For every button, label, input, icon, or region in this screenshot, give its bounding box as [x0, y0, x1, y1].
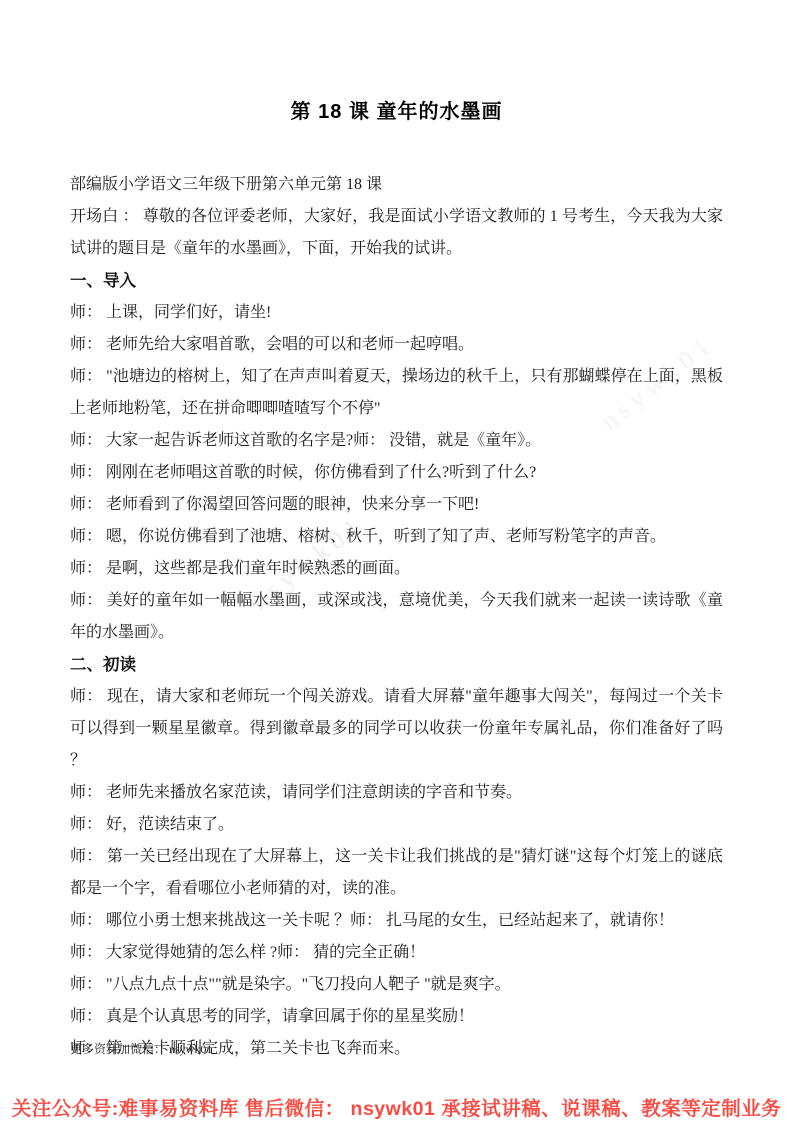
- paragraph: 师： 刚刚在老师唱这首歌的时候，你仿佛看到了什么?听到了什么?: [70, 457, 723, 489]
- paragraph: 师： 第一关已经出现在了大屏幕上，这一关卡让我们挑战的是"猜灯谜"这每个灯笼上的…: [70, 841, 723, 905]
- wechat-note: 更多资料加微信： nsywk01: [70, 1040, 212, 1057]
- paragraph: 师： 是啊，这些都是我们童年时候熟悉的画面。: [70, 553, 723, 585]
- page-title: 第 18 课 童年的水墨画: [0, 95, 793, 124]
- document-page: nsywk01 nsywk01 第 18 课 童年的水墨画 部编版小学语文三年级…: [0, 0, 793, 1122]
- paragraph: 师： 上课，同学们好，请坐!: [70, 297, 723, 329]
- paragraph: 师： 哪位小勇士想来挑战这一关卡呢 ？师： 扎马尾的女生，已经站起来了，就请你！: [70, 905, 723, 937]
- paragraph: 师： 老师先给大家唱首歌，会唱的可以和老师一起哼唱。: [70, 329, 723, 361]
- paragraph: 师： "池塘边的榕树上，知了在声声叫着夏天，操场边的秋千上，只有那蝴蝶停在上面，…: [70, 361, 723, 425]
- section-heading-first-read: 二、初读: [70, 649, 723, 681]
- meta-line: 部编版小学语文三年级下册第六单元第 18 课: [70, 169, 723, 201]
- paragraph: 师： 老师看到了你渴望回答问题的眼神，快来分享一下吧!: [70, 489, 723, 521]
- paragraph: 师： 大家觉得她猜的怎么样 ?师： 猜的完全正确！: [70, 937, 723, 969]
- paragraph: 师： 大家一起告诉老师这首歌的名字是?师： 没错，就是《童年》。: [70, 425, 723, 457]
- opening-paragraph: 开场白 ： 尊敬的各位评委老师，大家好，我是面试小学语文教师的 1 号考生，今天…: [70, 201, 723, 265]
- paragraph: 师： 现在，请大家和老师玩一个闯关游戏。请看大屏幕"童年趣事大闯关"，每闯过一个…: [70, 681, 723, 777]
- paragraph: 师： 老师先来播放名家范读，请同学们注意朗读的字音和节奏。: [70, 777, 723, 809]
- paragraph: 师： 嗯，你说仿佛看到了池塘、榕树、秋千，听到了知了声、老师写粉笔字的声音。: [70, 521, 723, 553]
- section-heading-intro: 一、导入: [70, 265, 723, 297]
- paragraph: 师： 美好的童年如一幅幅水墨画，或深或浅，意境优美，今天我们就来一起读一读诗歌《…: [70, 585, 723, 649]
- document-body: 部编版小学语文三年级下册第六单元第 18 课 开场白 ： 尊敬的各位评委老师，大…: [70, 169, 723, 1065]
- paragraph: 师： "八点九点十点""就是染字。"飞刀投向人靶子 "就是爽字。: [70, 969, 723, 1001]
- paragraph: 师： 真是个认真思考的同学，请拿回属于你的星星奖励！: [70, 1001, 723, 1033]
- footer-banner: 关注公众号:难事易资料库 售后微信： nsywk01 承接试讲稿、说课稿、教案等…: [0, 1093, 793, 1121]
- paragraph: 师： 好，范读结束了。: [70, 809, 723, 841]
